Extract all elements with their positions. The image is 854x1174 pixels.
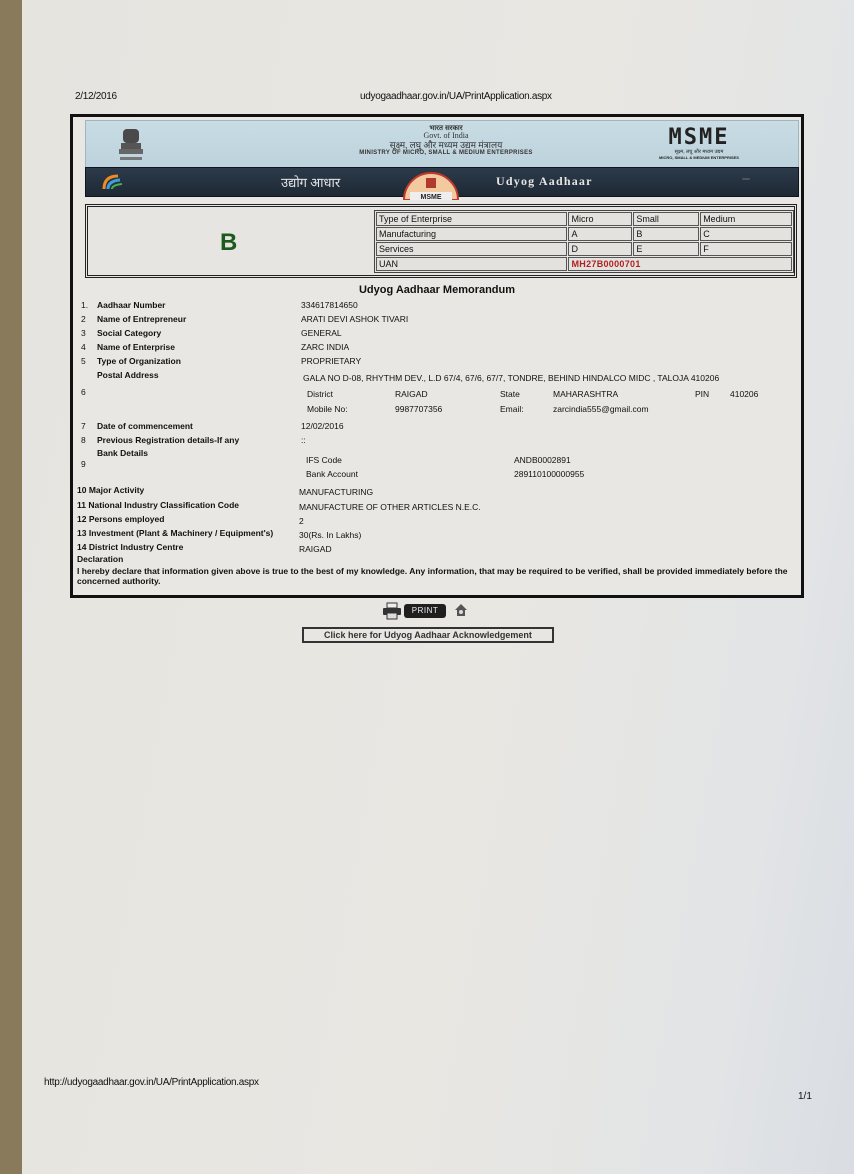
enterprise-type-table: Type of Enterprise Micro Small Medium Ma… — [374, 210, 794, 273]
field-number: 8 — [81, 435, 86, 445]
uan-value: MH27B0000701 — [568, 257, 792, 271]
bank-account-label: Bank Account — [306, 469, 358, 479]
table-header: Medium — [700, 212, 792, 226]
acknowledgement-link[interactable]: Click here for Udyog Aadhaar Acknowledge… — [302, 627, 554, 643]
memorandum-frame: भारत सरकार Govt. of India सूक्ष्म, लघु औ… — [70, 114, 804, 598]
table-cell: B — [633, 227, 699, 241]
mobile-label: Mobile No: — [307, 404, 348, 414]
field-number: 9 — [81, 459, 86, 469]
field-number: 5 — [81, 356, 86, 366]
ministry-name: MINISTRY OF MICRO, SMALL & MEDIUM ENTERP… — [286, 150, 606, 156]
table-cell: Services — [376, 242, 567, 256]
aadhaar-number: 334617814650 — [301, 300, 358, 310]
declaration-title: Declaration — [77, 554, 123, 564]
major-activity: MANUFACTURING — [299, 487, 373, 497]
field-label: Aadhaar Number — [97, 300, 166, 310]
state-value: MAHARASHTRA — [553, 389, 618, 399]
field-number: 2 — [81, 314, 86, 324]
field-number: 6 — [81, 387, 86, 397]
banner-right-mark: ▭▭ — [726, 176, 766, 188]
field-label-text: Persons employed — [89, 514, 165, 524]
field-number: 10 — [77, 485, 86, 495]
home-icon[interactable] — [454, 603, 468, 617]
bank-account: 289110100000955 — [514, 469, 584, 479]
field-label: 12 Persons employed — [77, 514, 164, 524]
pin-value: 410206 — [730, 389, 758, 399]
table-cell: C — [700, 227, 792, 241]
digital-india-logo-icon — [100, 173, 130, 191]
print-header-url: udyogaadhaar.gov.in/UA/PrintApplication.… — [360, 91, 552, 102]
field-number: 4 — [81, 342, 86, 352]
msme-logo-word: MSME — [634, 127, 764, 149]
udyog-aadhaar-title: Udyog Aadhaar — [496, 174, 593, 189]
print-button[interactable]: PRINT — [404, 604, 446, 618]
table-header: Micro — [568, 212, 632, 226]
msme-logo: MSME सूक्ष्म, लघु और मध्यम उद्यम MICRO, … — [634, 127, 764, 160]
field-label: Previous Registration details-If any — [97, 435, 239, 445]
table-cell: F — [700, 242, 792, 256]
enterprise-name: ZARC INDIA — [301, 342, 349, 352]
field-number: 11 — [77, 500, 86, 510]
field-label-text: National Industry Classification Code — [88, 500, 239, 510]
field-number: 13 — [77, 528, 86, 538]
enterprise-class-letter: B — [220, 229, 237, 257]
svg-text:MSME: MSME — [421, 194, 442, 200]
table-cell: Manufacturing — [376, 227, 567, 241]
field-label: Social Category — [97, 328, 161, 338]
ministry-title: भारत सरकार Govt. of India सूक्ष्म, लघु औ… — [286, 125, 606, 156]
uan-row: UAN MH27B0000701 — [376, 257, 792, 271]
mobile-value: 9987707356 — [395, 404, 442, 414]
table-header-row: Type of Enterprise Micro Small Medium — [376, 212, 792, 226]
table-cell: A — [568, 227, 632, 241]
msme-logo-sub: MICRO, SMALL & MEDIUM ENTERPRISES — [634, 155, 764, 160]
email-label: Email: — [500, 404, 524, 414]
udyog-aadhaar-hindi: उद्योग आधार — [281, 173, 340, 191]
field-number: 14 — [77, 542, 86, 552]
persons-employed: 2 — [299, 516, 304, 526]
ifs-code: ANDB0002891 — [514, 455, 571, 465]
field-label: Type of Organization — [97, 356, 181, 366]
field-number: 12 — [77, 514, 86, 524]
field-label: 11 National Industry Classification Code — [77, 500, 239, 510]
print-footer-url: http://udyogaadhaar.gov.in/UA/PrintAppli… — [44, 1077, 259, 1088]
commencement-date: 12/02/2016 — [301, 421, 344, 431]
ifs-label: IFS Code — [306, 455, 342, 465]
field-label: Date of commencement — [97, 421, 193, 431]
ministry-hindi: सूक्ष्म, लघु और मध्यम उद्यम मंत्रालय — [286, 141, 606, 150]
nic-code: MANUFACTURE OF OTHER ARTICLES N.E.C. — [299, 502, 481, 512]
district-value: RAIGAD — [395, 389, 428, 399]
previous-registration: :: — [301, 435, 306, 445]
table-row: Services D E F — [376, 242, 792, 256]
entrepreneur-name: ARATI DEVI ASHOK TIVARI — [301, 314, 408, 324]
postal-address: GALA NO D-08, RHYTHM DEV., L.D 67/4, 67/… — [303, 373, 719, 383]
field-label: Name of Enterprise — [97, 342, 175, 352]
ministry-banner: भारत सरकार Govt. of India सूक्ष्म, लघु औ… — [85, 120, 799, 170]
field-label-text: Investment (Plant & Machinery / Equipmen… — [89, 528, 273, 538]
field-label: Name of Entrepreneur — [97, 314, 186, 324]
table-cell: E — [633, 242, 699, 256]
table-cell: D — [568, 242, 632, 256]
field-label-text: District Industry Centre — [89, 542, 183, 552]
printer-icon[interactable] — [382, 602, 402, 620]
investment: 30(Rs. In Lakhs) — [299, 530, 361, 540]
field-label: Bank Details — [97, 448, 148, 458]
field-label: 13 Investment (Plant & Machinery / Equip… — [77, 528, 273, 538]
field-label: 10 Major Activity — [77, 485, 144, 495]
field-number: 1. — [81, 300, 88, 310]
msme-seal-icon: MSME — [396, 164, 466, 200]
email-value: zarcindia555@gmail.com — [553, 404, 649, 414]
declaration-text: I hereby declare that information given … — [77, 566, 797, 586]
district-industry-centre: RAIGAD — [299, 544, 332, 554]
field-label: 14 District Industry Centre — [77, 542, 183, 552]
table-header: Type of Enterprise — [376, 212, 567, 226]
field-label-text: Major Activity — [89, 485, 144, 495]
social-category: GENERAL — [301, 328, 342, 338]
table-header: Small — [633, 212, 699, 226]
print-date: 2/12/2016 — [75, 91, 117, 102]
field-number: 7 — [81, 421, 86, 431]
uan-label: UAN — [376, 257, 567, 271]
enterprise-type-box: B Type of Enterprise Micro Small Medium … — [85, 204, 797, 278]
field-label: Postal Address — [97, 370, 159, 380]
organization-type: PROPRIETARY — [301, 356, 361, 366]
pin-label: PIN — [695, 389, 709, 399]
udyog-aadhaar-banner: उद्योग आधार MSME Udyog Aadhaar ▭▭ — [85, 167, 799, 197]
national-emblem-icon — [114, 127, 148, 163]
memorandum-title: Udyog Aadhaar Memorandum — [73, 284, 801, 296]
table-row: Manufacturing A B C — [376, 227, 792, 241]
field-number: 3 — [81, 328, 86, 338]
district-label: District — [307, 389, 333, 399]
state-label: State — [500, 389, 520, 399]
page-number: 1/1 — [798, 1091, 812, 1102]
